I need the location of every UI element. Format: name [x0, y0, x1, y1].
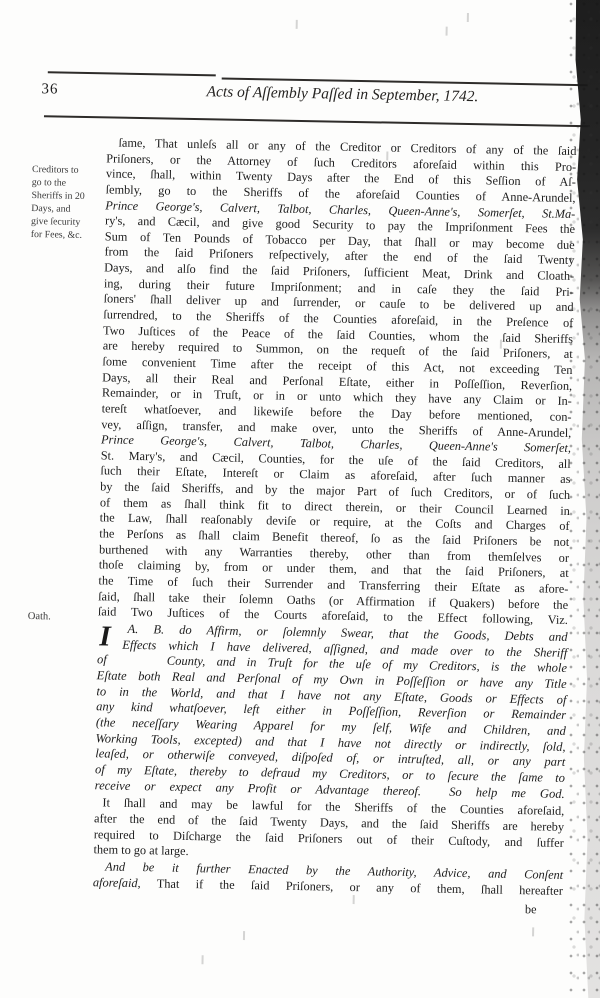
page-number: 36 [41, 81, 58, 98]
scan-edge-speckle [568, 0, 600, 998]
running-header: Acts of Aſſembly Paſſed in September, 17… [107, 81, 577, 108]
scan-noise-mark [467, 13, 469, 22]
dropcap-i: I [99, 622, 111, 651]
scan-noise-mark [243, 931, 245, 940]
page-content: 36 Acts of Aſſembly Paſſed in September,… [0, 0, 600, 998]
scan-noise-mark [532, 927, 534, 936]
margin-note-line: for Fees, &c. [31, 228, 111, 242]
scanned-book-page: 36 Acts of Aſſembly Paſſed in September,… [0, 0, 600, 998]
catchword: be [92, 895, 562, 919]
scan-noise-mark [386, 152, 388, 161]
oath-paragraph: I A. B. do Affirm, or ſolemnly Swear, th… [95, 621, 568, 802]
header-rule-bottom [44, 115, 590, 127]
paragraph-creditors-clause: ſame, That unleſs all or any of the Cred… [98, 135, 577, 628]
paragraph-discharge: It ſhall and may be lawful for the Sheri… [93, 796, 564, 867]
scan-noise-mark [296, 20, 298, 29]
oath-lines: A. B. do Affirm, or ſolemnly Swear, that… [95, 621, 568, 802]
main-text-column: ſame, That unleſs all or any of the Cred… [92, 135, 576, 918]
scan-noise-mark [201, 955, 203, 964]
header-rule-top-left [48, 71, 216, 76]
margin-note-oath: Oath. [28, 611, 51, 622]
scan-noise-mark [500, 340, 502, 349]
scan-noise-mark [446, 27, 448, 36]
scan-noise-mark [353, 895, 355, 904]
closing-italic-word: aforeſaid, [93, 875, 141, 890]
margin-note-creditors: Creditors togo to theSheriffs in 20Days,… [31, 163, 112, 242]
